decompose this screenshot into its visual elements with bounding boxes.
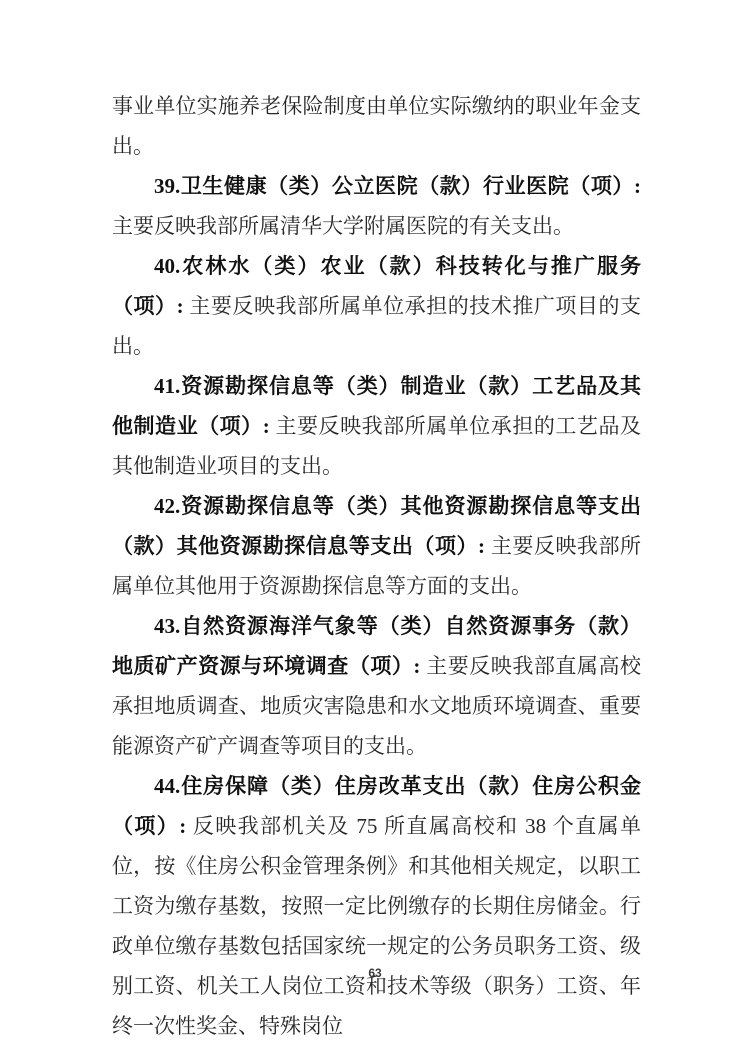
item-39-body: 主要反映我部所属清华大学附属医院的有关支出。 bbox=[112, 214, 574, 238]
paragraph-item-41: 41.资源勘探信息等（类）制造业（款）工艺品及其他制造业（项）: 主要反映我部所… bbox=[112, 366, 641, 486]
paragraph-item-43: 43.自然资源海洋气象等（类）自然资源事务（款）地质矿产资源与环境调查（项）: … bbox=[112, 606, 641, 766]
paragraph-item-39: 39.卫生健康（类）公立医院（款）行业医院（项）: 主要反映我部所属清华大学附属… bbox=[112, 166, 641, 246]
page-number: 63 bbox=[0, 966, 750, 980]
paragraph-continuation: 事业单位实施养老保险制度由单位实际缴纳的职业年金支出。 bbox=[112, 86, 641, 166]
document-page: 事业单位实施养老保险制度由单位实际缴纳的职业年金支出。 39.卫生健康（类）公立… bbox=[0, 0, 750, 1061]
paragraph-item-44: 44.住房保障（类）住房改革支出（款）住房公积金（项）: 反映我部机关及 75 … bbox=[112, 766, 641, 1046]
paragraph-item-40: 40.农林水（类）农业（款）科技转化与推广服务（项）: 主要反映我部所属单位承担… bbox=[112, 246, 641, 366]
item-44-body: 反映我部机关及 75 所直属高校和 38 个直属单位，按《住房公积金管理条例》和… bbox=[112, 814, 641, 1038]
document-body: 事业单位实施养老保险制度由单位实际缴纳的职业年金支出。 39.卫生健康（类）公立… bbox=[112, 86, 641, 1046]
paragraph-item-42: 42.资源勘探信息等（类）其他资源勘探信息等支出（款）其他资源勘探信息等支出（项… bbox=[112, 486, 641, 606]
item-40-body: 主要反映我部所属单位承担的技术推广项目的支出。 bbox=[112, 294, 641, 358]
paragraph-text: 事业单位实施养老保险制度由单位实际缴纳的职业年金支出。 bbox=[112, 94, 641, 158]
item-39-heading: 39.卫生健康（类）公立医院（款）行业医院（项）: bbox=[154, 174, 641, 198]
